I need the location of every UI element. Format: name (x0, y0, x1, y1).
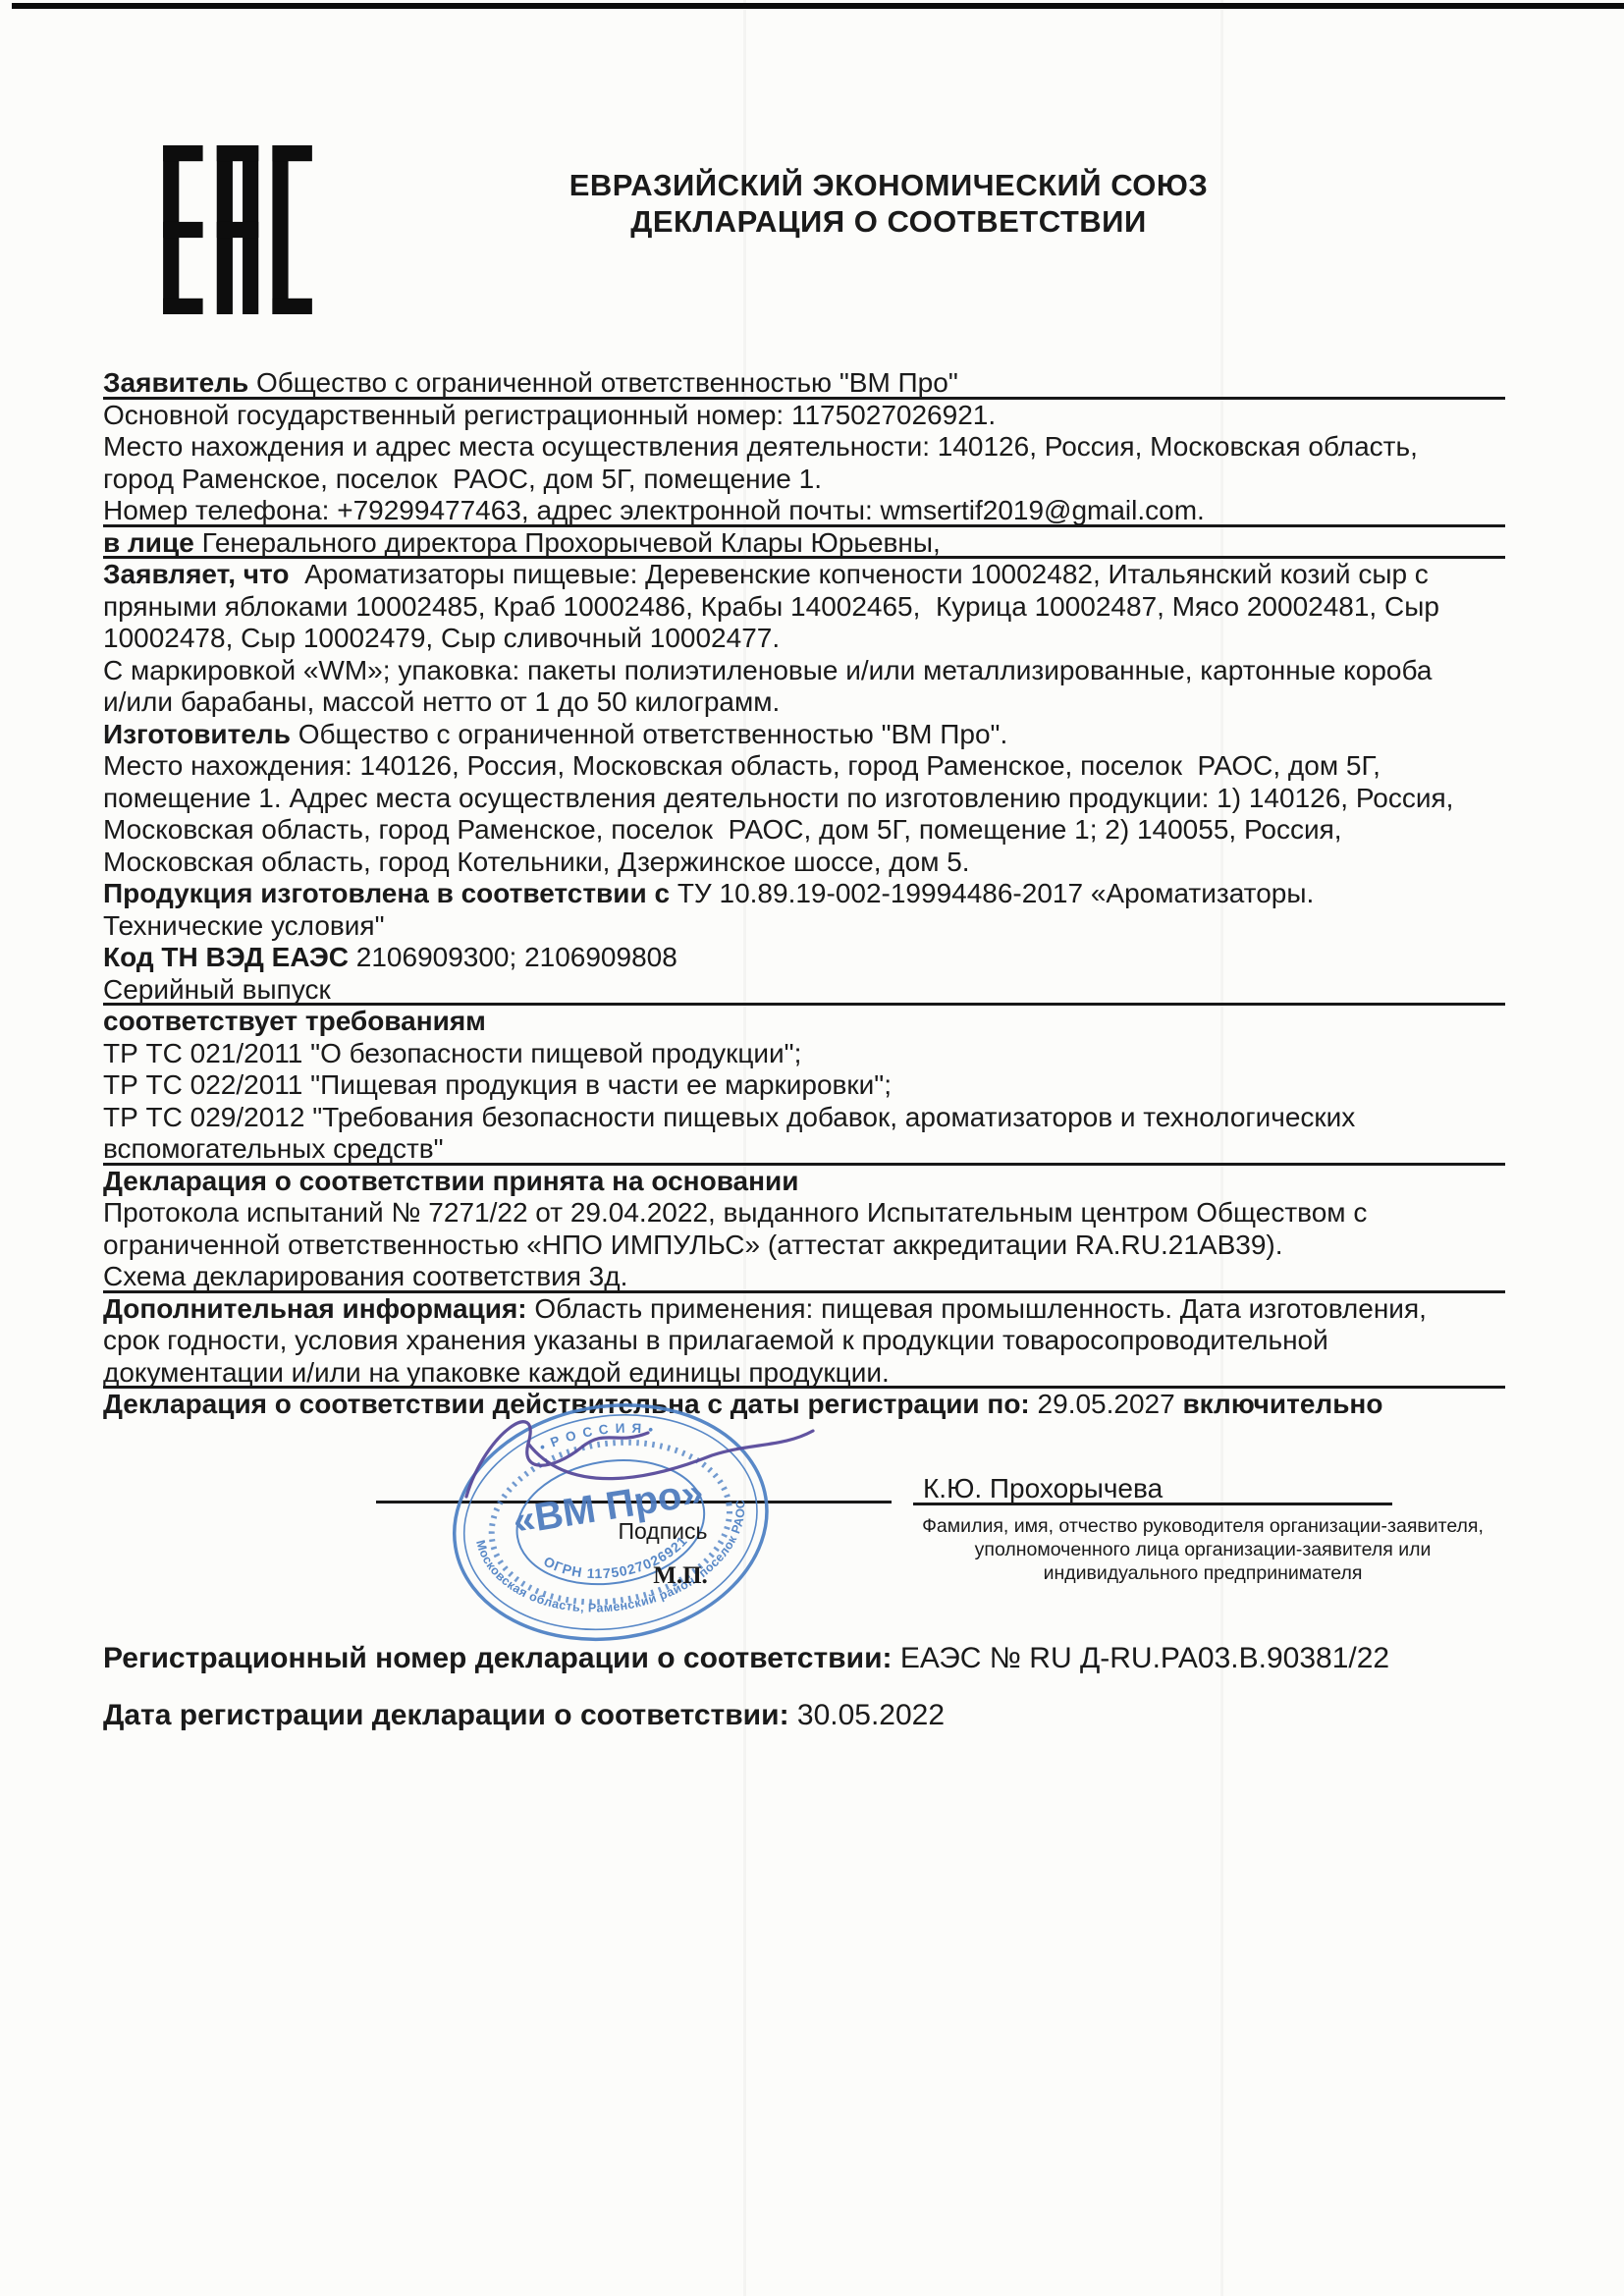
registration-number-label: Регистрационный номер декларации о соотв… (103, 1642, 900, 1674)
registration-date-line: Дата регистрации декларации о соответств… (103, 1699, 945, 1732)
document-line: Основной государственный регистрационный… (103, 400, 1505, 432)
field-text: С маркировкой «WM»; упаковка: пакеты пол… (103, 655, 1432, 685)
seal-caption: М.П. (636, 1562, 725, 1590)
document-header: ЕВРАЗИЙСКИЙ ЭКОНОМИЧЕСКИЙ СОЮЗ ДЕКЛАРАЦИ… (393, 167, 1384, 240)
document-line: Схема декларирования соответствия 3д. (103, 1261, 1505, 1293)
field-text: ТР ТС 029/2012 "Требования безопасности … (103, 1102, 1355, 1132)
document-line: Технические условия" (103, 910, 1505, 943)
field-text: срок годности, условия хранения указаны … (103, 1325, 1328, 1355)
field-text: 29.05.2027 (1038, 1389, 1175, 1419)
registration-date-label: Дата регистрации декларации о соответств… (103, 1699, 797, 1731)
document-line: и/или барабаны, массой нетто от 1 до 50 … (103, 686, 1505, 719)
document-line: Изготовитель Общество с ограниченной отв… (103, 719, 1505, 751)
field-label: Заявитель (103, 367, 256, 398)
field-label: включительно (1175, 1389, 1383, 1419)
field-text: ТР ТС 021/2011 "О безопасности пищевой п… (103, 1038, 801, 1068)
field-text: город Раменское, поселок РАОС, дом 5Г, п… (103, 464, 822, 494)
document-line: Место нахождения: 140126, Россия, Москов… (103, 750, 1505, 783)
field-label: в лице (103, 527, 202, 558)
eac-logo-svg (163, 145, 312, 314)
union-title: ЕВРАЗИЙСКИЙ ЭКОНОМИЧЕСКИЙ СОЮЗ (393, 167, 1384, 203)
registration-date-value: 30.05.2022 (797, 1699, 945, 1731)
field-text: помещение 1. Адрес места осуществления д… (103, 783, 1453, 813)
field-text: ТУ 10.89.19-002-19994486-2017 «Ароматиза… (677, 878, 1314, 908)
field-text: и/или барабаны, массой нетто от 1 до 50 … (103, 686, 780, 717)
document-line: С маркировкой «WM»; упаковка: пакеты пол… (103, 655, 1505, 687)
field-text: 2106909300; 2106909808 (356, 942, 677, 972)
field-text: Общество с ограниченной ответственностью… (256, 367, 958, 398)
document-line: ограниченной ответственностью «НПО ИМПУЛ… (103, 1230, 1505, 1262)
signatory-name: К.Ю. Прохорычева (923, 1473, 1163, 1504)
field-text: Место нахождения и адрес места осуществл… (103, 431, 1418, 462)
document-line: Продукция изготовлена в соответствии с Т… (103, 878, 1505, 910)
document-line: Протокола испытаний № 7271/22 от 29.04.2… (103, 1197, 1505, 1230)
eac-logo-icon (163, 145, 312, 319)
field-text: Протокола испытаний № 7271/22 от 29.04.2… (103, 1197, 1367, 1228)
field-text: Серийный выпуск (103, 974, 331, 1005)
document-line: соответствует требованиям (103, 1006, 1505, 1038)
field-text: пряными яблоками 10002485, Краб 10002486… (103, 591, 1439, 622)
scan-artifact-line (12, 3, 1624, 9)
field-label: Декларация о соответствии принята на осн… (103, 1166, 798, 1196)
field-text: Область применения: пищевая промышленнос… (534, 1293, 1427, 1324)
field-text: вспомогательных средств" (103, 1133, 444, 1164)
document-line: вспомогательных средств" (103, 1133, 1505, 1166)
field-text: Ароматизаторы пищевые: Деревенские копче… (304, 559, 1429, 589)
signatory-caption: Фамилия, имя, отчество руководителя орга… (889, 1514, 1517, 1585)
field-text: Основной государственный регистрационный… (103, 400, 996, 430)
field-text: Схема декларирования соответствия 3д. (103, 1261, 627, 1291)
field-text: Московская область, город Котельники, Дз… (103, 847, 970, 877)
signatory-caption-line: индивидуального предпринимателя (889, 1561, 1517, 1585)
field-label: Дополнительная информация: (103, 1293, 534, 1324)
document-line: Декларация о соответствии принята на осн… (103, 1166, 1505, 1198)
document-line: Серийный выпуск (103, 974, 1505, 1007)
field-label: Продукция изготовлена в соответствии с (103, 878, 677, 908)
document-line: Московская область, город Раменское, пос… (103, 814, 1505, 847)
field-text: Номер телефона: +79299477463, адрес элек… (103, 495, 1205, 525)
field-text: Московская область, город Раменское, пос… (103, 814, 1342, 845)
document-line: Место нахождения и адрес места осуществл… (103, 431, 1505, 464)
sign-caption: Подпись (589, 1518, 736, 1545)
document-line: ТР ТС 021/2011 "О безопасности пищевой п… (103, 1038, 1505, 1070)
document-line: помещение 1. Адрес места осуществления д… (103, 783, 1505, 815)
field-label: Код ТН ВЭД ЕАЭС (103, 942, 356, 972)
signatory-caption-line: Фамилия, имя, отчество руководителя орга… (889, 1514, 1517, 1538)
field-label: Изготовитель (103, 719, 298, 749)
document-line: Московская область, город Котельники, Дз… (103, 847, 1505, 879)
document-line: город Раменское, поселок РАОС, дом 5Г, п… (103, 464, 1505, 496)
field-text: Генерального директора Прохорычевой Клар… (202, 527, 941, 558)
field-text: Место нахождения: 140126, Россия, Москов… (103, 750, 1380, 781)
document-line: Номер телефона: +79299477463, адрес элек… (103, 495, 1505, 527)
document-line: ТР ТС 022/2011 "Пищевая продукция в част… (103, 1069, 1505, 1102)
document-line: Дополнительная информация: Область приме… (103, 1293, 1505, 1326)
field-text: Технические условия" (103, 910, 385, 941)
document-body: Заявитель Общество с ограниченной ответс… (103, 367, 1505, 1421)
field-text: документации и/или на упаковке каждой ед… (103, 1357, 890, 1388)
document-type-title: ДЕКЛАРАЦИЯ О СООТВЕТСТВИИ (393, 203, 1384, 240)
registration-number-value: ЕАЭС № RU Д-RU.РА03.В.90381/22 (900, 1642, 1389, 1674)
field-text: ТР ТС 022/2011 "Пищевая продукция в част… (103, 1069, 892, 1100)
field-label: Заявляет, что (103, 559, 304, 589)
document-line: Заявляет, что Ароматизаторы пищевые: Дер… (103, 559, 1505, 591)
document-line: срок годности, условия хранения указаны … (103, 1325, 1505, 1357)
field-text: ограниченной ответственностью «НПО ИМПУЛ… (103, 1230, 1283, 1260)
field-text: Общество с ограниченной ответственностью… (298, 719, 1008, 749)
field-text: 10002478, Сыр 10002479, Сыр сливочный 10… (103, 623, 780, 653)
document-line: ТР ТС 029/2012 "Требования безопасности … (103, 1102, 1505, 1134)
document-line: пряными яблоками 10002485, Краб 10002486… (103, 591, 1505, 624)
document-line: 10002478, Сыр 10002479, Сыр сливочный 10… (103, 623, 1505, 655)
document-line: документации и/или на упаковке каждой ед… (103, 1357, 1505, 1390)
document-page: ЕВРАЗИЙСКИЙ ЭКОНОМИЧЕСКИЙ СОЮЗ ДЕКЛАРАЦИ… (0, 0, 1624, 2296)
document-line: Заявитель Общество с ограниченной ответс… (103, 367, 1505, 400)
document-line: Код ТН ВЭД ЕАЭС 2106909300; 2106909808 (103, 942, 1505, 974)
field-label: соответствует требованиям (103, 1006, 486, 1036)
document-line: в лице Генерального директора Прохорычев… (103, 527, 1505, 560)
registration-number-line: Регистрационный номер декларации о соотв… (103, 1642, 1389, 1675)
signatory-caption-line: уполномоченного лица организации-заявите… (889, 1538, 1517, 1561)
